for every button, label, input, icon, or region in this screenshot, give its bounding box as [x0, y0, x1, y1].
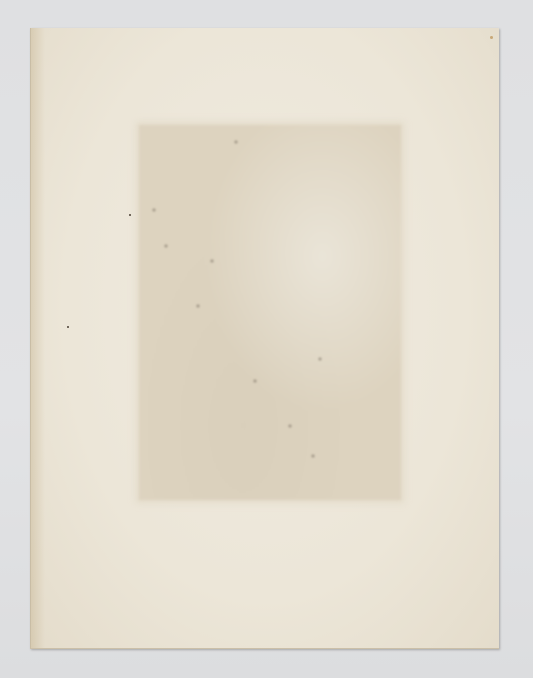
- corner-spot: [490, 36, 493, 39]
- speck: [67, 326, 69, 328]
- speck: [129, 214, 131, 216]
- faded-rectangular-stain: [139, 125, 401, 500]
- speck: [254, 380, 256, 382]
- speck: [165, 245, 167, 247]
- speck: [289, 425, 291, 427]
- paper-sheet: Blank aged paper sheet with faded rectan…: [30, 28, 499, 649]
- speck: [197, 305, 199, 307]
- speck: [153, 209, 155, 211]
- speck: [319, 358, 321, 360]
- speck: [235, 141, 237, 143]
- speck: [312, 455, 314, 457]
- speck: [211, 260, 213, 262]
